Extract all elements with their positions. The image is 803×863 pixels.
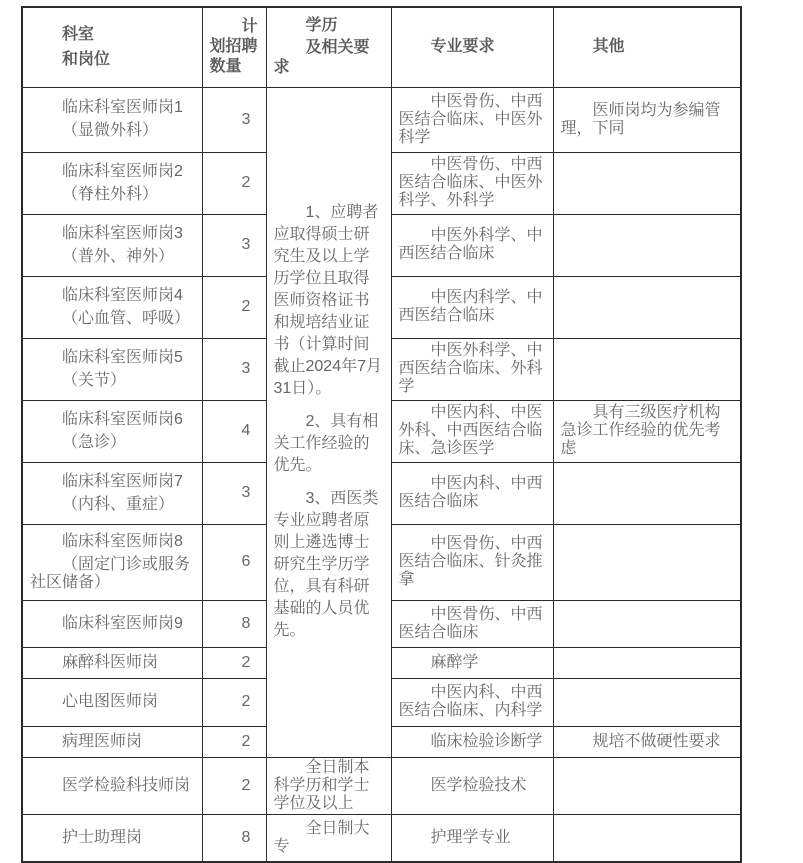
- count-value: 2: [210, 693, 259, 711]
- education-text: 全日制大专: [274, 820, 384, 856]
- post-title: 临床科室医师岗7: [30, 473, 195, 491]
- header-post-line: 科室: [30, 25, 195, 45]
- cell-major: 医学检验技术: [391, 757, 553, 814]
- count-value: 2: [210, 777, 259, 795]
- cell-post: 病理医师岗: [22, 726, 202, 757]
- post-subtitle: （关节）: [30, 372, 195, 390]
- header-major-label: 专业要求: [399, 37, 546, 57]
- cell-major: 麻醉学: [391, 647, 553, 678]
- cell-education: 全日制大专: [266, 814, 391, 862]
- education-paragraph: 1、应聘者应取得硕士研究生及以上学历学位且取得医师资格证书和规培结业证书（计算时…: [274, 202, 384, 400]
- cell-post: 临床科室医师岗6 （急诊）: [22, 400, 202, 462]
- cell-post: 麻醉科医师岗: [22, 647, 202, 678]
- cell-other: [553, 814, 741, 862]
- cell-other: [553, 600, 741, 647]
- major-text: 中医骨伤、中西医结合临床、针灸推拿: [399, 535, 546, 589]
- cell-major: 中医内科学、中西医结合临床: [391, 276, 553, 338]
- cell-count: 4: [202, 400, 266, 462]
- cell-count: 2: [202, 152, 266, 214]
- major-text: 中医内科、中西医结合临床、内科学: [399, 684, 546, 720]
- header-count: 计划招聘数量: [202, 7, 266, 87]
- major-text: 中医内科、中西医结合临床: [399, 475, 546, 511]
- cell-other: [553, 338, 741, 400]
- major-text: 麻醉学: [399, 654, 546, 672]
- cell-major: 中医骨伤、中西医结合临床、中医外科学、外科学: [391, 152, 553, 214]
- cell-post: 临床科室医师岗5 （关节）: [22, 338, 202, 400]
- major-text: 护理学专业: [399, 829, 546, 847]
- count-value: 2: [210, 733, 259, 751]
- header-post-line: 和岗位: [30, 50, 195, 70]
- table-row: 医学检验科技师岗 2 全日制本科学历和学士学位及以上 医学检验技术: [22, 757, 741, 814]
- other-text: 规培不做硬性要求: [561, 733, 734, 751]
- cell-post: 临床科室医师岗1 （显微外科）: [22, 87, 202, 152]
- count-value: 3: [210, 360, 259, 378]
- cell-major: 中医内科、中医外科、中西医结合临床、急诊医学: [391, 400, 553, 462]
- post-subtitle: （内科、重症）: [30, 496, 195, 514]
- cell-count: 8: [202, 600, 266, 647]
- other-text: 医师岗均为参编管理，下同: [561, 102, 734, 138]
- cell-education-merged: 1、应聘者应取得硕士研究生及以上学历学位且取得医师资格证书和规培结业证书（计算时…: [266, 87, 391, 757]
- header-row: 科室 和岗位 计划招聘数量 学历 及相关要求 专业要求 其他: [22, 7, 741, 87]
- cell-count: 2: [202, 276, 266, 338]
- cell-other: [553, 647, 741, 678]
- major-text: 医学检验技术: [399, 777, 546, 795]
- cell-major: 中医骨伤、中西医结合临床、中医外科学: [391, 87, 553, 152]
- cell-post: 临床科室医师岗3 （普外、神外）: [22, 214, 202, 276]
- major-text: 中医骨伤、中西医结合临床: [399, 606, 546, 642]
- cell-count: 2: [202, 726, 266, 757]
- cell-other: [553, 757, 741, 814]
- cell-major: 中医外科学、中西医结合临床: [391, 214, 553, 276]
- post-title: 临床科室医师岗3: [30, 225, 195, 243]
- post-subtitle: （脊柱外科）: [30, 186, 195, 204]
- table-row: 护士助理岗 8 全日制大专 护理学专业: [22, 814, 741, 862]
- header-other-label: 其他: [561, 37, 734, 57]
- header-other: 其他: [553, 7, 741, 87]
- other-text: 具有三级医疗机构急诊工作经验的优先考虑: [561, 404, 734, 458]
- post-title: 临床科室医师岗2: [30, 163, 195, 181]
- cell-education: 全日制本科学历和学士学位及以上: [266, 757, 391, 814]
- major-text: 中医外科学、中西医结合临床: [399, 227, 546, 263]
- cell-post: 医学检验科技师岗: [22, 757, 202, 814]
- cell-major: 中医外科学、中西医结合临床、外科学: [391, 338, 553, 400]
- cell-post: 临床科室医师岗2 （脊柱外科）: [22, 152, 202, 214]
- count-value: 8: [210, 615, 259, 633]
- cell-count: 3: [202, 87, 266, 152]
- post-title: 病理医师岗: [30, 733, 195, 751]
- header-education-line: 学历: [274, 16, 384, 36]
- post-title: 护士助理岗: [30, 829, 195, 847]
- major-text: 临床检验诊断学: [399, 733, 546, 751]
- post-subtitle: （固定门诊或服务社区储备）: [30, 556, 195, 592]
- cell-count: 2: [202, 678, 266, 726]
- cell-post: 临床科室医师岗8 （固定门诊或服务社区储备）: [22, 524, 202, 600]
- cell-count: 3: [202, 462, 266, 524]
- cell-post: 临床科室医师岗4 （心血管、呼吸）: [22, 276, 202, 338]
- cell-other: [553, 678, 741, 726]
- cell-post: 心电图医师岗: [22, 678, 202, 726]
- cell-post: 临床科室医师岗9: [22, 600, 202, 647]
- recruitment-table: 科室 和岗位 计划招聘数量 学历 及相关要求 专业要求 其他 临床科室医师岗1 …: [21, 6, 742, 863]
- cell-other: [553, 462, 741, 524]
- post-title: 临床科室医师岗9: [30, 615, 195, 633]
- header-education: 学历 及相关要求: [266, 7, 391, 87]
- post-title: 心电图医师岗: [30, 693, 195, 711]
- post-title: 临床科室医师岗8: [30, 533, 195, 551]
- cell-other: 具有三级医疗机构急诊工作经验的优先考虑: [553, 400, 741, 462]
- post-title: 麻醉科医师岗: [30, 654, 195, 672]
- header-count-label: 计划招聘数量: [210, 17, 259, 77]
- major-text: 中医内科、中医外科、中西医结合临床、急诊医学: [399, 404, 546, 458]
- cell-major: 中医骨伤、中西医结合临床: [391, 600, 553, 647]
- post-title: 临床科室医师岗4: [30, 287, 195, 305]
- cell-count: 3: [202, 214, 266, 276]
- major-text: 中医外科学、中西医结合临床、外科学: [399, 342, 546, 396]
- cell-other: [553, 276, 741, 338]
- count-value: 2: [210, 298, 259, 316]
- cell-other: [553, 214, 741, 276]
- count-value: 3: [210, 111, 259, 129]
- cell-post: 临床科室医师岗7 （内科、重症）: [22, 462, 202, 524]
- education-text: 全日制本科学历和学士学位及以上: [274, 759, 384, 813]
- post-subtitle: （急诊）: [30, 434, 195, 452]
- table-row: 临床科室医师岗1 （显微外科） 3 1、应聘者应取得硕士研究生及以上学历学位且取…: [22, 87, 741, 152]
- cell-major: 中医内科、中西医结合临床: [391, 462, 553, 524]
- count-value: 4: [210, 422, 259, 440]
- cell-major: 中医骨伤、中西医结合临床、针灸推拿: [391, 524, 553, 600]
- cell-count: 2: [202, 647, 266, 678]
- count-value: 6: [210, 553, 259, 571]
- post-title: 医学检验科技师岗: [30, 777, 195, 795]
- cell-count: 8: [202, 814, 266, 862]
- cell-count: 2: [202, 757, 266, 814]
- header-post: 科室 和岗位: [22, 7, 202, 87]
- post-subtitle: （心血管、呼吸）: [30, 310, 195, 328]
- major-text: 中医内科学、中西医结合临床: [399, 289, 546, 325]
- count-value: 2: [210, 654, 259, 672]
- cell-major: 临床检验诊断学: [391, 726, 553, 757]
- header-major: 专业要求: [391, 7, 553, 87]
- post-title: 临床科室医师岗6: [30, 411, 195, 429]
- post-subtitle: （显微外科）: [30, 122, 195, 140]
- major-text: 中医骨伤、中西医结合临床、中医外科学: [399, 93, 546, 147]
- cell-count: 3: [202, 338, 266, 400]
- cell-count: 6: [202, 524, 266, 600]
- cell-other: 医师岗均为参编管理，下同: [553, 87, 741, 152]
- count-value: 2: [210, 174, 259, 192]
- education-paragraph: 2、具有相关工作经验的优先。: [274, 411, 384, 477]
- post-title: 临床科室医师岗1: [30, 99, 195, 117]
- education-paragraph: 3、西医类专业应聘者原则上遴选博士研究生学历学位，具有科研基础的人员优先。: [274, 488, 384, 642]
- post-title: 临床科室医师岗5: [30, 349, 195, 367]
- cell-other: [553, 152, 741, 214]
- major-text: 中医骨伤、中西医结合临床、中医外科学、外科学: [399, 156, 546, 210]
- cell-other: [553, 524, 741, 600]
- cell-post: 护士助理岗: [22, 814, 202, 862]
- cell-major: 护理学专业: [391, 814, 553, 862]
- post-subtitle: （普外、神外）: [30, 248, 195, 266]
- count-value: 3: [210, 236, 259, 254]
- count-value: 8: [210, 829, 259, 847]
- header-education-line: 及相关要求: [274, 38, 384, 78]
- cell-other: 规培不做硬性要求: [553, 726, 741, 757]
- count-value: 3: [210, 484, 259, 502]
- cell-major: 中医内科、中西医结合临床、内科学: [391, 678, 553, 726]
